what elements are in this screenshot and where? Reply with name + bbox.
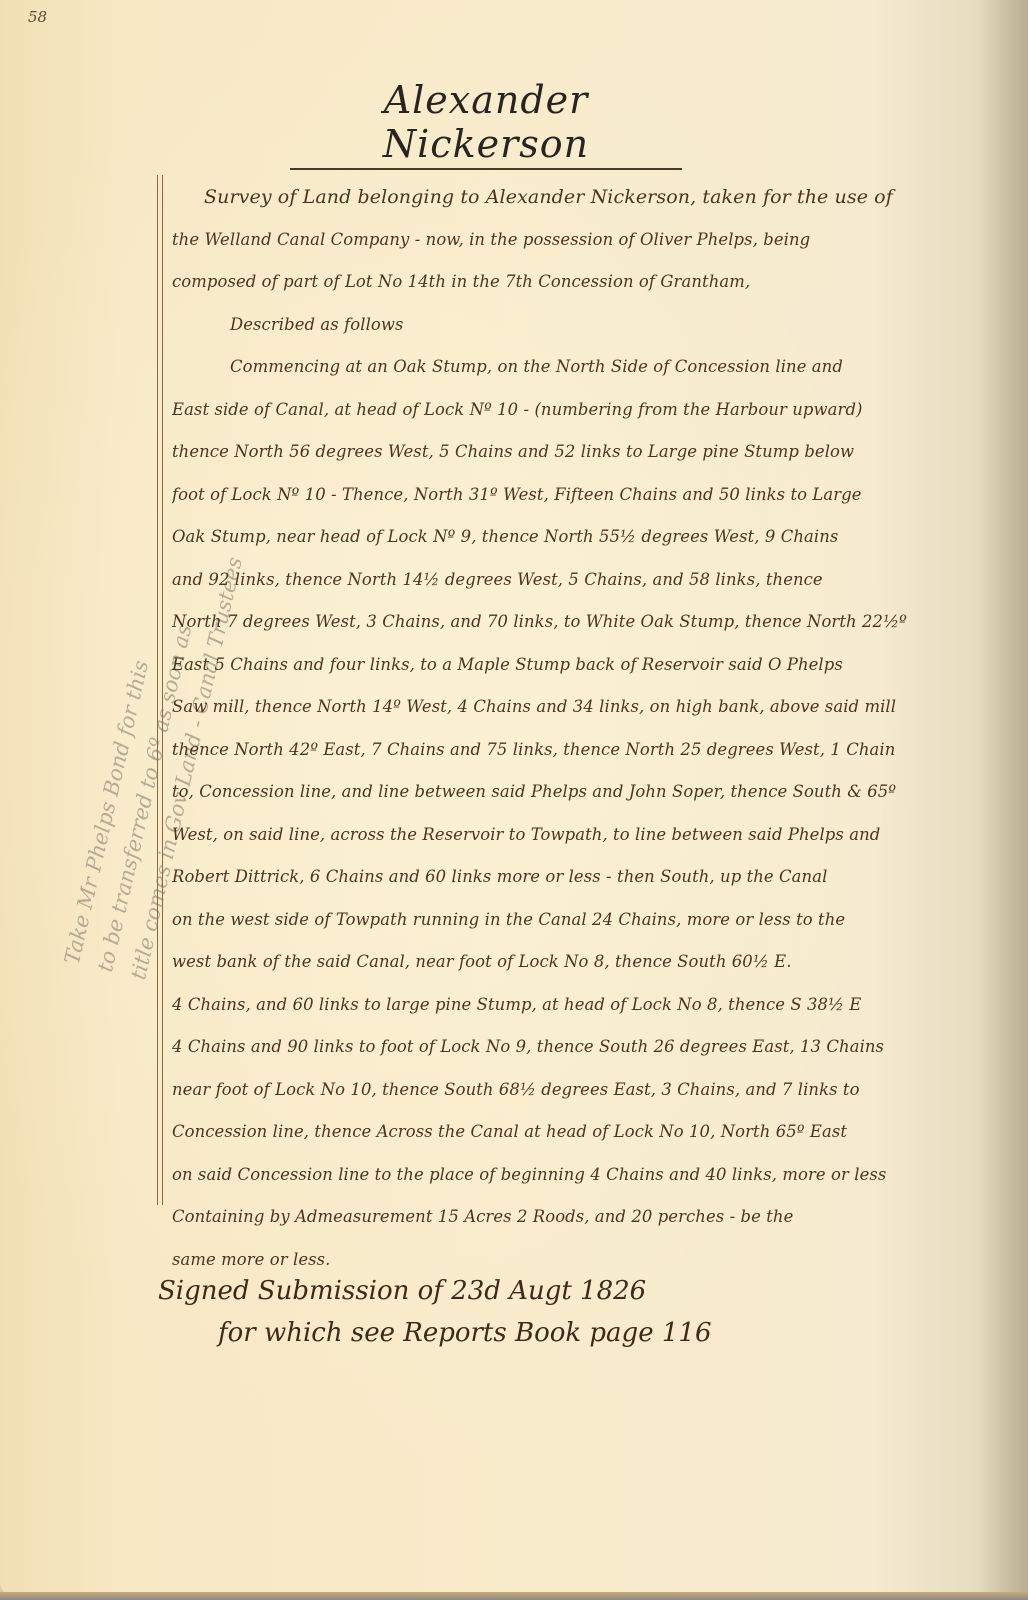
survey-line: west bank of the said Canal, near foot o…	[172, 941, 992, 984]
survey-line: Commencing at an Oak Stump, on the North…	[172, 346, 992, 389]
survey-line: the Welland Canal Company - now, in the …	[172, 219, 992, 262]
margin-double-rule	[157, 175, 163, 1205]
survey-line: 4 Chains, and 60 links to large pine Stu…	[172, 984, 992, 1027]
survey-line: near foot of Lock No 10, thence South 68…	[172, 1069, 992, 1112]
survey-line: West, on said line, across the Reservoir…	[172, 814, 992, 857]
survey-line: Oak Stump, near head of Lock Nº 9, thenc…	[172, 516, 992, 559]
page-number: 58	[28, 8, 47, 26]
page-title: Alexander Nickerson	[290, 78, 682, 170]
survey-line: Robert Dittrick, 6 Chains and 60 links m…	[172, 856, 992, 899]
survey-line: East side of Canal, at head of Lock Nº 1…	[172, 389, 992, 432]
survey-line: North 7 degrees West, 3 Chains, and 70 l…	[172, 601, 992, 644]
survey-line: to, Concession line, and line between sa…	[172, 771, 992, 814]
survey-line: and 92 links, thence North 14½ degrees W…	[172, 559, 992, 602]
survey-line: on said Concession line to the place of …	[172, 1154, 992, 1197]
survey-line: Containing by Admeasurement 15 Acres 2 R…	[172, 1196, 992, 1239]
survey-line: East 5 Chains and four links, to a Maple…	[172, 644, 992, 687]
reference-line: for which see Reports Book page 116	[158, 1312, 711, 1354]
survey-line: Described as follows	[172, 304, 992, 347]
survey-line: foot of Lock Nº 10 - Thence, North 31º W…	[172, 474, 992, 517]
ledger-page: 58 Alexander Nickerson Take Mr Phelps Bo…	[0, 0, 1028, 1596]
submission-note: Signed Submission of 23d Augt 1826 for w…	[158, 1270, 711, 1354]
survey-line: thence North 42º East, 7 Chains and 75 l…	[172, 729, 992, 772]
survey-line: on the west side of Towpath running in t…	[172, 899, 992, 942]
survey-line: thence North 56 degrees West, 5 Chains a…	[172, 431, 992, 474]
survey-line: Survey of Land belonging to Alexander Ni…	[172, 176, 992, 219]
survey-line: Saw mill, thence North 14º West, 4 Chain…	[172, 686, 992, 729]
survey-line: 4 Chains and 90 links to foot of Lock No…	[172, 1026, 992, 1069]
page-edge	[0, 1592, 1028, 1600]
submission-line: Signed Submission of 23d Augt 1826	[158, 1270, 711, 1312]
survey-line: composed of part of Lot No 14th in the 7…	[172, 261, 992, 304]
survey-description: Survey of Land belonging to Alexander Ni…	[172, 176, 992, 1281]
survey-line: Concession line, thence Across the Canal…	[172, 1111, 992, 1154]
